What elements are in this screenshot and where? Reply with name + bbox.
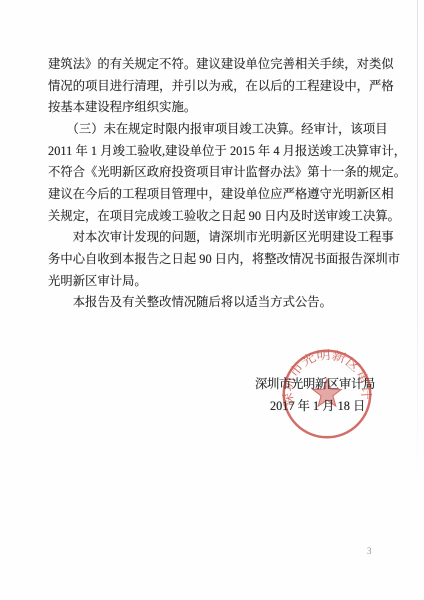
official-seal: 深圳市光明新区审计局 [280,347,374,441]
text-line: 建筑法》的有关规定不符。建议建设单位完善相关手续，对类似 [48,54,400,76]
text-line: 建议在今后的工程项目管理中，建设单位应严格遵守光明新区相 [48,184,400,206]
signature-agency: 深圳市光明新区审计局 [255,374,375,392]
document-body: 建筑法》的有关规定不符。建议建设单位完善相关手续，对类似情况的项目进行清理，并引… [48,54,400,314]
text-line: 2011 年 1 月竣工验收,建设单位于 2015 年 4 月报送竣工决算审计， [48,141,400,163]
text-line: 本报告及有关整改情况随后将以适当方式公告。 [48,292,400,314]
scan-artifact-line [417,0,418,492]
text-line: 不符合《光明新区政府投资项目审计监督办法》第十一条的规定。 [48,162,400,184]
text-line: 关规定，在项目完成竣工验收之日起 90 日内及时送审竣工决算。 [48,206,400,228]
scanned-document-page: 建筑法》的有关规定不符。建议建设单位完善相关手续，对类似情况的项目进行清理，并引… [0,0,424,600]
text-line: （三）未在规定时限内报审项目竣工决算。经审计，该项目 [48,119,400,141]
signature-date: 2017 年 1 月 18 日 [270,396,365,414]
page-number: 3 [367,546,372,556]
text-line: 务中心自收到本报告之日起 90 日内，将整改情况书面报告深圳市 [48,249,400,271]
text-line: 情况的项目进行清理，并引以为戒，在以后的工程建设中，严格 [48,76,400,98]
text-line: 光明新区审计局。 [48,271,400,293]
text-line: 按基本建设程序组织实施。 [48,97,400,119]
text-line: 对本次审计发现的问题，请深圳市光明新区光明建设工程事 [48,227,400,249]
